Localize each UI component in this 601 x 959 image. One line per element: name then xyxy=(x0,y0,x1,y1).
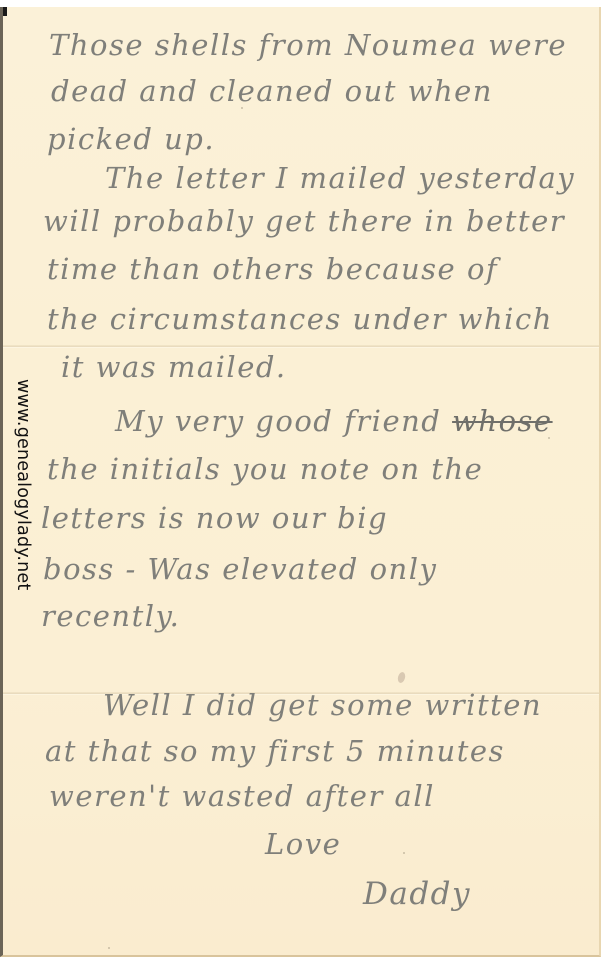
letter-line-14: Well I did get some written xyxy=(103,691,542,720)
paper-speck xyxy=(403,852,405,854)
letter-line-1: Those shells from Noumea were xyxy=(49,31,567,60)
paper-stain xyxy=(397,671,407,683)
letter-line-12: boss - Was elevated only xyxy=(43,555,437,584)
letter-line-11: letters is now our big xyxy=(41,504,388,533)
letter-line-5: will probably get there in better xyxy=(43,207,565,236)
paper-speck xyxy=(108,947,110,949)
scanned-letter-page: www.genealogylady.net Those shells from … xyxy=(0,0,601,959)
letter-line-2: dead and cleaned out when xyxy=(51,77,493,106)
letter-line-16: weren't wasted after all xyxy=(49,782,435,811)
struck-word: whose xyxy=(452,404,553,438)
letter-signature: Daddy xyxy=(363,879,471,910)
letter-line-9: My very good friend whose xyxy=(115,407,553,436)
paper-sheet: www.genealogylady.net Those shells from … xyxy=(0,7,601,957)
letter-line-10: the initials you note on the xyxy=(47,455,483,484)
letter-line-7: the circumstances under which xyxy=(47,305,553,334)
watermark-text: www.genealogylady.net xyxy=(13,379,33,590)
letter-line-13: recently. xyxy=(41,602,180,631)
letter-line-15: at that so my first 5 minutes xyxy=(45,737,505,766)
letter-line-9-text: My very good friend xyxy=(115,404,441,438)
watermark: www.genealogylady.net xyxy=(11,379,33,609)
letter-line-6: time than others because of xyxy=(47,255,498,284)
scan-corner-mark xyxy=(3,7,7,16)
letter-line-4: The letter I mailed yesterday xyxy=(105,164,575,193)
letter-line-3: picked up. xyxy=(47,125,215,154)
letter-closing: Love xyxy=(265,830,341,859)
letter-line-8: it was mailed. xyxy=(61,353,287,382)
fold-crease-upper xyxy=(3,345,599,348)
